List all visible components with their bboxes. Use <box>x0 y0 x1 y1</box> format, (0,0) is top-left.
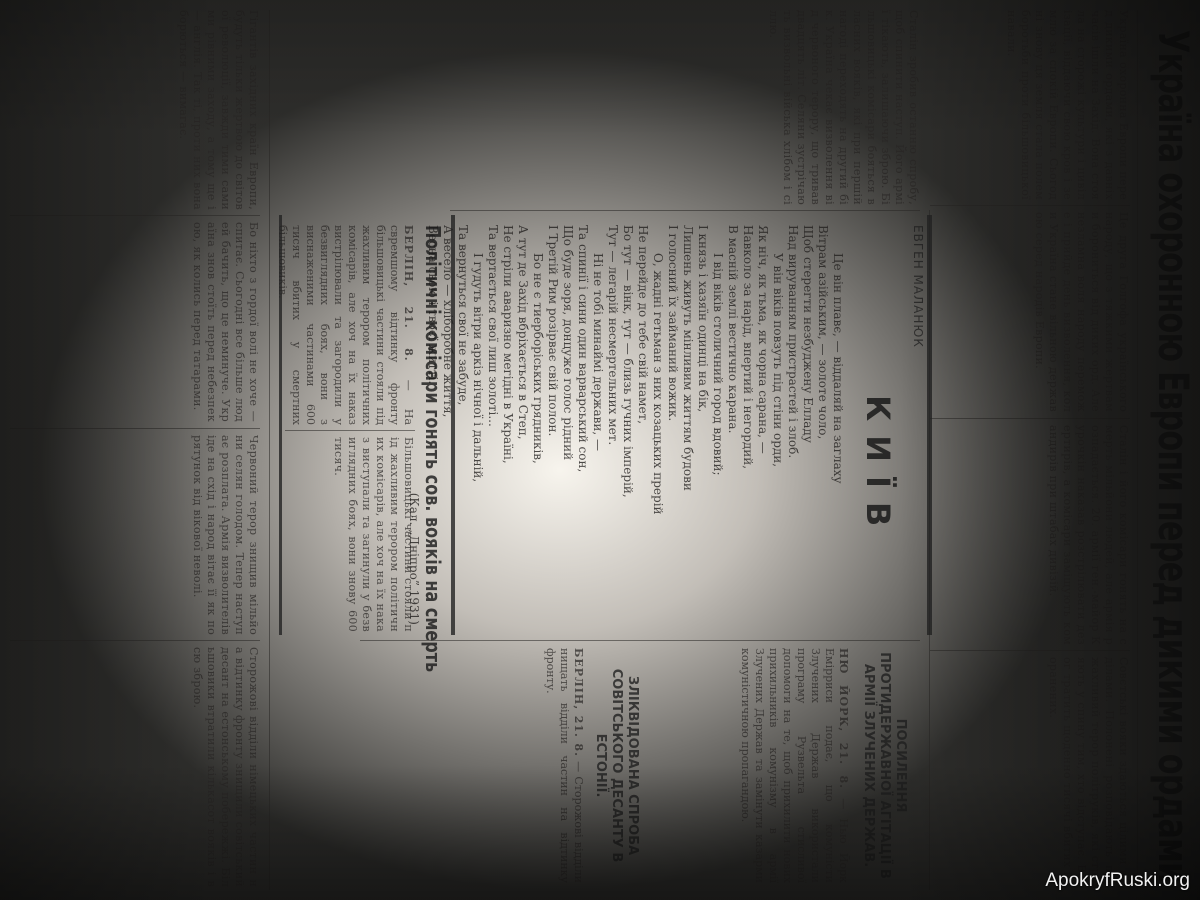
poem-line: Та вертається свої лиш золоті... <box>485 225 500 635</box>
watermark: ApokryfRuski.org <box>1045 870 1190 892</box>
poem-line: І Третій Рим розірває свій полон. <box>545 225 560 635</box>
poem-line: І гудуть вітри аркіз нічної і дальній, <box>470 225 485 635</box>
poem-line: Вітрам азійським, — золоте чоло, <box>815 225 830 635</box>
poem-line: Щоб стерегти незбуджену Елладу <box>800 225 815 635</box>
article-text: Це друга Голгофа українського народу, що… <box>930 212 1130 412</box>
article-text: БЕРЛІН, 21. 8. — Сторожові відділи нищат… <box>365 648 585 883</box>
article-text: НЮ ЙОРК, 21. 8. — Нью Йорк Емірриси пода… <box>650 648 850 883</box>
poem-line: Як ніч, як тьма, як чорна сарана, — <box>755 225 770 635</box>
poem-line: Ні не тобі минаймі держави, — <box>590 225 605 635</box>
article-headline: Політичні комісари гонять сов. вояків на… <box>421 225 445 672</box>
poem-line: А тут де Захід вбріхається в Степ, <box>515 225 530 635</box>
poem-line: Лишень живуть мінливим життям будови <box>680 225 695 635</box>
article-text: Україна охоронна Европи перед дикими орд… <box>920 10 1130 200</box>
article-text: Сталін і його комісари гонять на смерть … <box>930 425 1130 645</box>
poem-title: КИЇВ <box>859 395 897 540</box>
article-text: Червоний терор знищив мільйони селян гол… <box>10 435 260 635</box>
poem-line: Бо тут — вінк, тут — близь гучних імпері… <box>620 225 635 635</box>
column-rule <box>1137 10 1138 890</box>
article-top-bar <box>451 215 455 635</box>
column-rule <box>930 650 1130 651</box>
poem-line: У він віків повзуть під стіни орди, <box>770 225 785 635</box>
column-rule <box>10 215 260 216</box>
column-rule <box>450 210 920 211</box>
article-text: Сторожові відділи німецьких частин на ві… <box>10 647 260 887</box>
poem-line: Не перейде до тебе свій намет, <box>635 225 650 635</box>
article-body: — На свремшому відтинку фронту більшовиц… <box>276 225 415 425</box>
poem-line: В масній землі вестично карана. <box>725 225 740 635</box>
column-rule <box>930 205 1130 206</box>
newspaper-page: Україна охоронною Европи перед дикими ор… <box>0 0 1200 900</box>
poem-author: ЕВГЕН МАЛАНЮК <box>911 225 925 348</box>
column-rule <box>285 430 415 431</box>
article-text: Бо ніхто з гордої волі не хоче — спитає.… <box>10 222 260 422</box>
column-rule <box>269 10 270 890</box>
newspaper-photo: Україна охоронною Европи перед дикими ор… <box>0 0 1200 900</box>
article-headline: ЗЛІКВІДОВАНА СПРОБА СОВІТСЬКОГО ДЕСАНТУ … <box>592 648 640 883</box>
column-rule <box>10 428 260 429</box>
poem-line: Що буде зоря, донцуже голос рідний <box>560 225 575 635</box>
poem-line: О, жадні гетьман з них козацьких прерій <box>650 225 665 635</box>
poem-line: Над вируванням пристрастей і злоб. <box>785 225 800 635</box>
article-text: Совєтські вояки здаються цілими відділам… <box>930 657 1130 887</box>
poem-line: Та спинії і сини один варварський сон, <box>575 225 590 635</box>
article-text: Гігантів західних країн Европи, будуть т… <box>10 10 260 210</box>
poem-line: Навколо за нарід, впертий і негордий, <box>740 225 755 635</box>
article-headline: ПОСИЛЕННЯ ПРОТИДЕРЖАВНОЇ АГІТАЦІЇ В АРМІ… <box>860 648 908 883</box>
article-dateline: БЕРЛІН, 21. 8. <box>402 225 415 362</box>
poem-line: Це він плавє, — віддаляй на заглаху <box>830 225 845 635</box>
poem-line: Бо не є тиерборіських грядників, <box>530 225 545 635</box>
article-dateline: НЮ ЙОРК, 21. 8. <box>837 648 850 789</box>
poem-line: Не стріли аваризно мегідні в Україні, <box>500 225 515 635</box>
poem-line: І князь і хазяїн одинці на бік, <box>695 225 710 635</box>
poem-top-bar <box>927 215 932 635</box>
article-body: — Нью Йорк Емірриси подає, що комуністи … <box>739 648 850 883</box>
poem-line: І від віків столичний город вдовий; <box>710 225 725 635</box>
article-text: Більшовицькі частини стояли під жахливим… <box>285 437 415 632</box>
poem-line: Та вернуться свої не забуде, <box>455 225 470 635</box>
poem-line: Тут — легарій несмертельних мет. <box>605 225 620 635</box>
poem-text: Це він плавє, — віддаляй на заглахуВітра… <box>406 225 845 635</box>
column-rule <box>10 640 260 641</box>
article-text: Сталін зробив останню спробу, щоб спинит… <box>470 10 920 205</box>
article-text: БЕРЛІН, 21. 8. — На свремшому відтинку ф… <box>275 225 415 425</box>
article-bottom-bar <box>279 215 282 635</box>
column-rule <box>930 418 1130 419</box>
main-headline: Україна охоронною Европи перед дикими ор… <box>1149 30 1198 883</box>
article-dateline: БЕРЛІН, 21. 8. <box>572 648 585 757</box>
poem-line: І голосний їх займаний вожик. <box>665 225 680 635</box>
